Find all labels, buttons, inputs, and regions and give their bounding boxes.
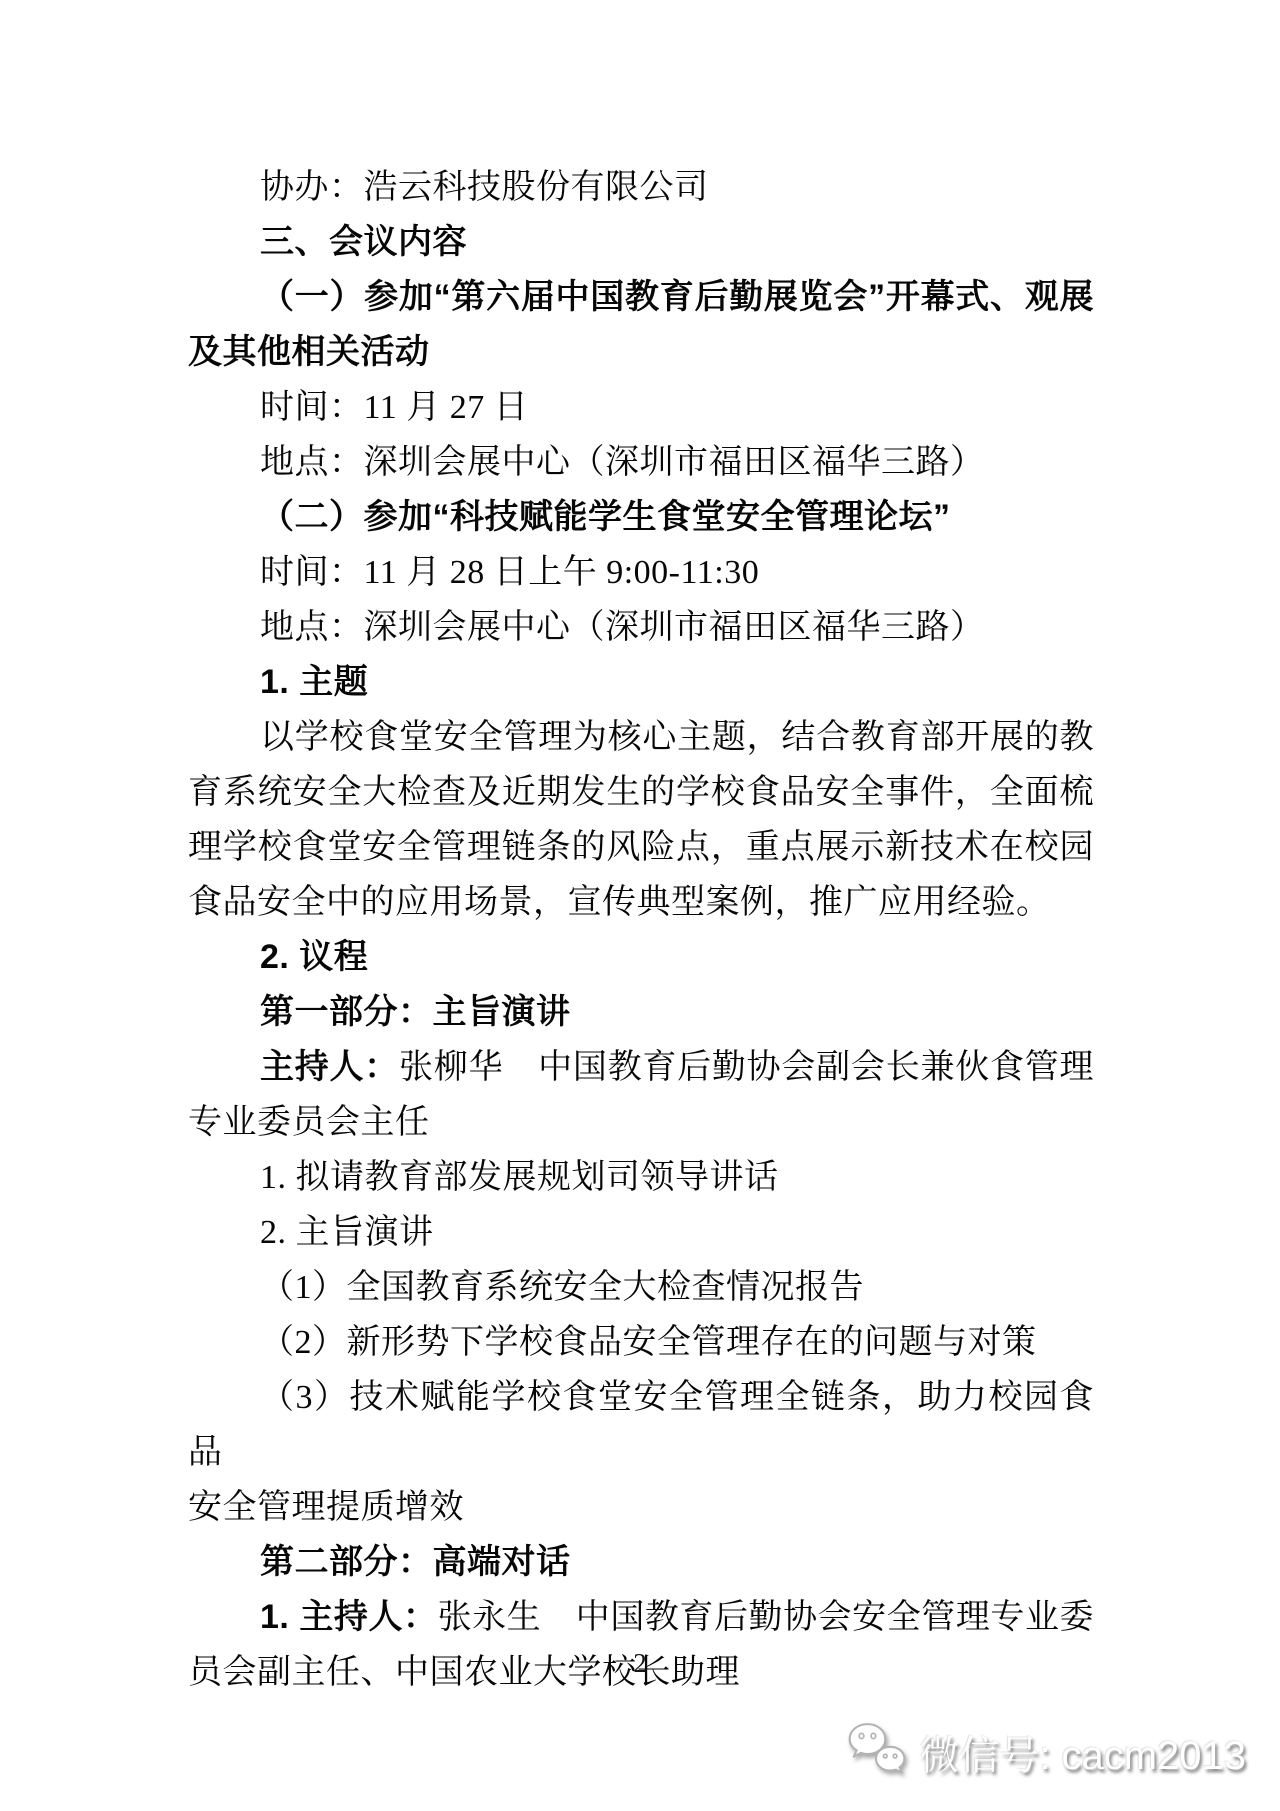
- document-line: 专业委员会主任: [188, 1095, 1094, 1150]
- text-run: 育系统安全大检查及近期发生的学校食品安全事件，全面梳: [188, 774, 1094, 811]
- text-run: （1）全国教育系统安全大检查情况报告: [260, 1269, 864, 1306]
- document-line: 2. 主旨演讲: [188, 1205, 1094, 1260]
- text-run: 时间：11 月 28 日上午 9:00-11:30: [260, 554, 759, 591]
- text-run-bold: （二）参加“科技赋能学生食堂安全管理论坛”: [260, 498, 951, 536]
- document-line: 食品安全中的应用场景，宣传典型案例，推广应用经验。: [188, 875, 1094, 930]
- text-run-bold: 2. 议程: [260, 938, 368, 976]
- text-run: （2）新形势下学校食品安全管理存在的问题与对策: [260, 1324, 1037, 1361]
- text-run-bold: 第二部分：高端对话: [260, 1543, 571, 1581]
- watermark-label: 微信号: cacm2013: [919, 1724, 1246, 1788]
- text-run: 以学校食堂安全管理为核心主题，结合教育部开展的教: [260, 719, 1094, 756]
- document-line: 时间：11 月 28 日上午 9:00-11:30: [188, 545, 1094, 600]
- text-run: 1. 拟请教育部发展规划司领导讲话: [260, 1159, 779, 1196]
- document-line: 第一部分：主旨演讲: [188, 985, 1094, 1040]
- text-run: 安全管理提质增效: [188, 1489, 464, 1526]
- text-run: 理学校食堂安全管理链条的风险点，重点展示新技术在校园: [188, 829, 1094, 866]
- wechat-icon: [845, 1721, 909, 1790]
- document-line: 三、会议内容: [188, 215, 1094, 270]
- text-run-bold: 1. 主题: [260, 663, 368, 701]
- document-line: 1. 主持人：张永生 中国教育后勤协会安全管理专业委: [188, 1590, 1094, 1645]
- document-line: 第二部分：高端对话: [188, 1535, 1094, 1590]
- text-run-bold: 主持人：: [260, 1048, 399, 1086]
- document-line: 理学校食堂安全管理链条的风险点，重点展示新技术在校园: [188, 820, 1094, 875]
- document-line: 以学校食堂安全管理为核心主题，结合教育部开展的教: [188, 710, 1094, 765]
- document-line: （一）参加“第六届中国教育后勤展览会”开幕式、观展: [188, 270, 1094, 325]
- text-run-bold: 第一部分：主旨演讲: [260, 993, 571, 1031]
- text-run: 张永生 中国教育后勤协会安全管理专业委: [438, 1599, 1094, 1636]
- text-run: （3）技术赋能学校食堂安全管理全链条，助力校园食品: [188, 1379, 1094, 1471]
- document-line: 1. 拟请教育部发展规划司领导讲话: [188, 1150, 1094, 1205]
- document-line: 育系统安全大检查及近期发生的学校食品安全事件，全面梳: [188, 765, 1094, 820]
- document-line: 地点：深圳会展中心（深圳市福田区福华三路）: [188, 435, 1094, 490]
- text-run: 专业委员会主任: [188, 1104, 430, 1141]
- text-run: 张柳华 中国教育后勤协会副会长兼伙食管理: [399, 1049, 1094, 1086]
- document-line: 地点：深圳会展中心（深圳市福田区福华三路）: [188, 600, 1094, 655]
- text-run: 时间：11 月 27 日: [260, 389, 528, 426]
- document-line: 主持人：张柳华 中国教育后勤协会副会长兼伙食管理: [188, 1040, 1094, 1095]
- document-body: 协办：浩云科技股份有限公司三、会议内容（一）参加“第六届中国教育后勤展览会”开幕…: [188, 160, 1094, 1700]
- document-line: 2. 议程: [188, 930, 1094, 985]
- document-line: 1. 主题: [188, 655, 1094, 710]
- text-run: 食品安全中的应用场景，宣传典型案例，推广应用经验。: [188, 884, 1051, 921]
- document-line: 协办：浩云科技股份有限公司: [188, 160, 1094, 215]
- document-line: （1）全国教育系统安全大检查情况报告: [188, 1260, 1094, 1315]
- document-line: 时间：11 月 27 日: [188, 380, 1094, 435]
- document-line: （3）技术赋能学校食堂安全管理全链条，助力校园食品: [188, 1370, 1094, 1480]
- text-run-bold: 及其他相关活动: [188, 333, 430, 371]
- text-run: 协办：浩云科技股份有限公司: [260, 169, 709, 206]
- text-run: 地点：深圳会展中心（深圳市福田区福华三路）: [260, 444, 985, 481]
- wechat-watermark: 微信号: cacm2013: [845, 1721, 1246, 1790]
- document-line: 及其他相关活动: [188, 325, 1094, 380]
- document-line: （2）新形势下学校食品安全管理存在的问题与对策: [188, 1315, 1094, 1370]
- document-line: 安全管理提质增效: [188, 1480, 1094, 1535]
- text-run-bold: 三、会议内容: [260, 223, 467, 261]
- text-run: 2. 主旨演讲: [260, 1214, 434, 1251]
- text-run-bold: （一）参加“第六届中国教育后勤展览会”开幕式、观展: [260, 278, 1094, 316]
- document-line: （二）参加“科技赋能学生食堂安全管理论坛”: [188, 490, 1094, 545]
- text-run: 地点：深圳会展中心（深圳市福田区福华三路）: [260, 609, 985, 646]
- page-number: 2: [0, 1648, 1280, 1678]
- text-run-bold: 1. 主持人：: [260, 1598, 438, 1636]
